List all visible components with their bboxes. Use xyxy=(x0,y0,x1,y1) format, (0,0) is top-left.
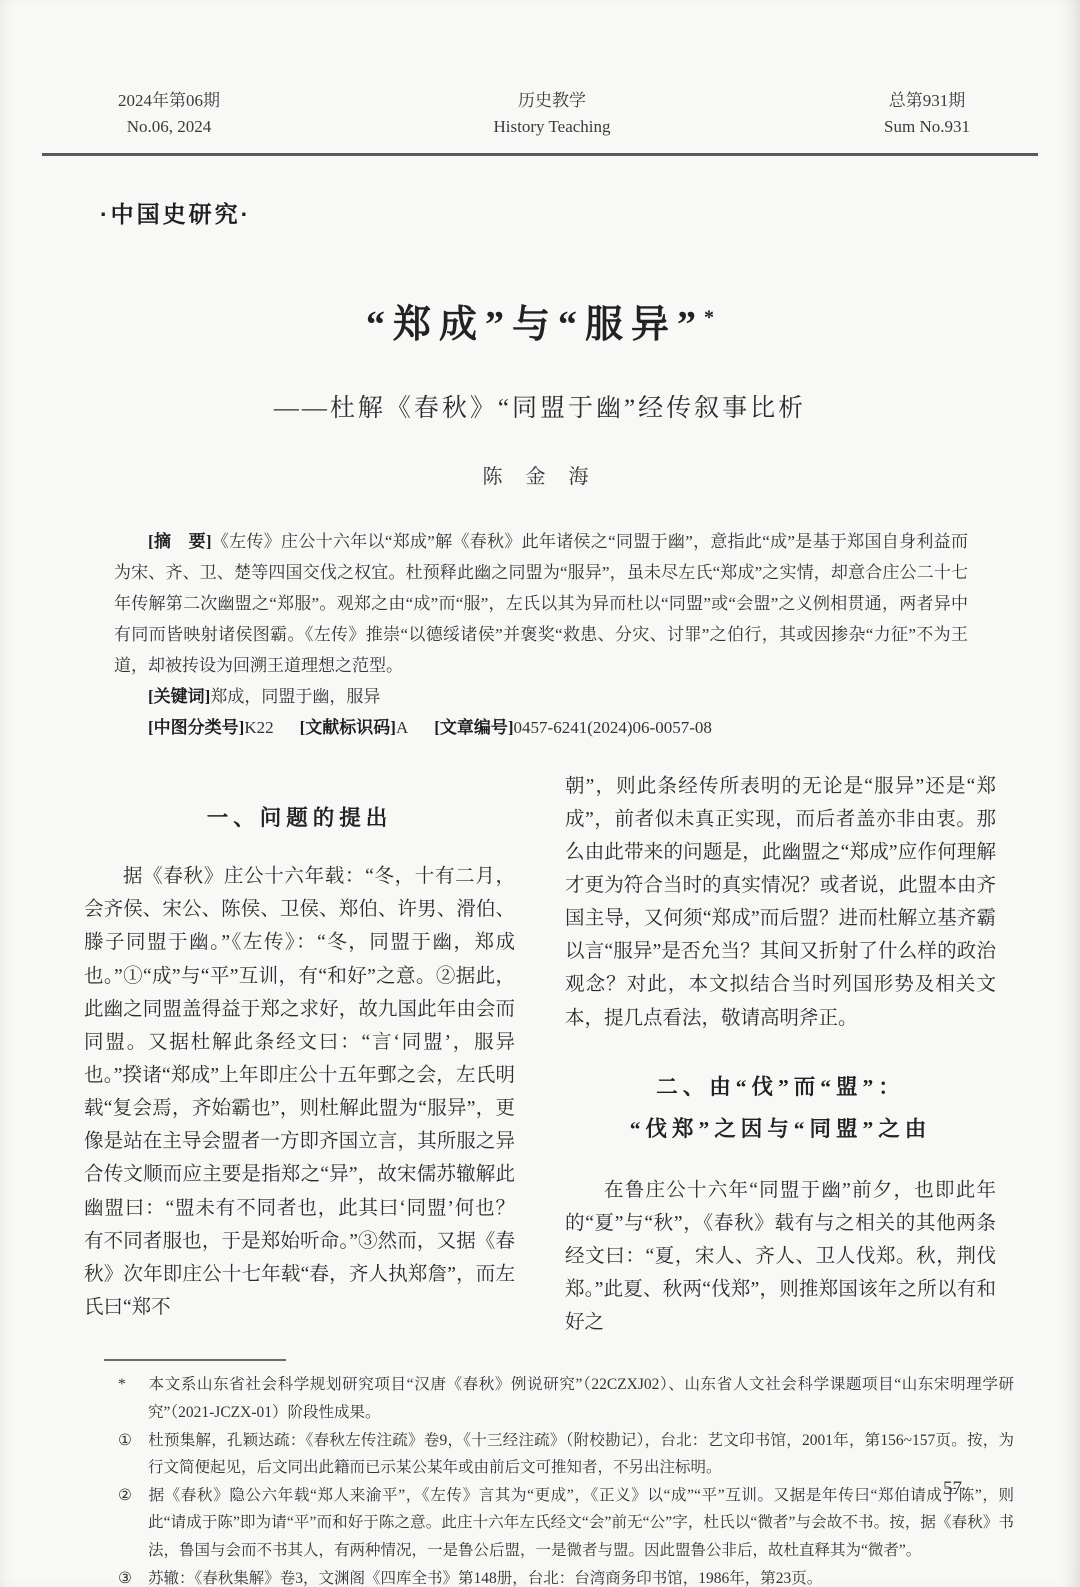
doc-code-value: A xyxy=(396,718,408,737)
article-meta-block: [摘 要]《左传》庄公十六年以“郑成”解《春秋》此年诸侯之“同盟于幽”，意指此“… xyxy=(114,527,968,744)
footnote-marker: * xyxy=(118,1371,148,1399)
header-journal-name: 历史教学 History Teaching xyxy=(494,88,611,139)
article-no-value: 0457-6241(2024)06-0057-08 xyxy=(514,718,712,737)
classification-paragraph: [中图分类号]K22[文献标识码]A[文章编号]0457-6241(2024)0… xyxy=(114,713,968,744)
footnote-3: ③苏辙：《春秋集解》卷3，文渊阁《四库全书》第148册，台北：台湾商务印书馆，1… xyxy=(118,1565,1014,1587)
abstract-text: 《左传》庄公十六年以“郑成”解《春秋》此年诸侯之“同盟于幽”，意指此“成”是基于… xyxy=(114,532,968,675)
header-divider xyxy=(42,153,1038,156)
clc-value: K22 xyxy=(244,718,273,737)
footnote-marker: ③ xyxy=(118,1565,148,1587)
article-subtitle: ——杜解《春秋》“同盟于幽”经传叙事比析 xyxy=(0,388,1080,424)
page-number: 57 xyxy=(943,1478,962,1500)
keywords-paragraph: [关键词]郑成，同盟于幽，服异 xyxy=(114,682,968,713)
keywords-text: 郑成，同盟于幽，服异 xyxy=(210,687,380,706)
issue-en: No.06, 2024 xyxy=(118,114,220,140)
section1-heading: 一、问题的提出 xyxy=(84,800,515,837)
footnote-text: 本文系山东省社会科学规划研究项目“汉唐《春秋》例说研究”（22CZXJ02）、山… xyxy=(148,1376,1014,1421)
footnote-text: 据《春秋》隐公六年载“郑人来渝平”，《左传》言其为“更成”，《正义》以“成”“平… xyxy=(148,1487,1014,1559)
footnote-asterisk: *本文系山东省社会科学规划研究项目“汉唐《春秋》例说研究”（22CZXJ02）、… xyxy=(118,1371,1014,1426)
total-issue-en: Sum No.931 xyxy=(884,114,970,140)
article-title-text: “郑成”与“服异” xyxy=(366,304,704,346)
issue-cn: 2024年第06期 xyxy=(118,88,220,114)
article-title: “郑成”与“服异”* xyxy=(0,293,1080,348)
column-section-label: ·中国史研究· xyxy=(100,196,1080,229)
body-columns: 一、问题的提出 据《春秋》庄公十六年载：“冬，十有二月，会齐侯、宋公、陈侯、卫侯… xyxy=(84,770,996,1340)
journal-page: 2024年第06期 No.06, 2024 历史教学 History Teach… xyxy=(0,0,1080,1587)
clc-label: [中图分类号] xyxy=(148,718,244,737)
left-column: 一、问题的提出 据《春秋》庄公十六年载：“冬，十有二月，会齐侯、宋公、陈侯、卫侯… xyxy=(84,770,515,1340)
footnote-divider xyxy=(104,1359,286,1361)
section1-paragraph: 据《春秋》庄公十六年载：“冬，十有二月，会齐侯、宋公、陈侯、卫侯、郑伯、许男、滑… xyxy=(84,860,515,1324)
footnote-text: 苏辙：《春秋集解》卷3，文渊阁《四库全书》第148册，台北：台湾商务印书馆，19… xyxy=(148,1570,822,1587)
header-total-issue: 总第931期 Sum No.931 xyxy=(884,88,970,139)
footnote-marker: ② xyxy=(118,1482,148,1510)
journal-name-cn: 历史教学 xyxy=(494,88,611,114)
keywords-label: [关键词] xyxy=(148,687,210,706)
abstract-label: [摘 要] xyxy=(148,532,212,551)
journal-header: 2024年第06期 No.06, 2024 历史教学 History Teach… xyxy=(0,0,1080,139)
doc-code-label: [文献标识码] xyxy=(300,718,396,737)
section2-paragraph: 在鲁庄公十六年“同盟于幽”前夕，也即此年的“夏”与“秋”，《春秋》载有与之相关的… xyxy=(565,1174,996,1340)
abstract-paragraph: [摘 要]《左传》庄公十六年以“郑成”解《春秋》此年诸侯之“同盟于幽”，意指此“… xyxy=(114,527,968,682)
header-issue: 2024年第06期 No.06, 2024 xyxy=(118,88,220,139)
article-author: 陈 金 海 xyxy=(0,460,1080,489)
total-issue-cn: 总第931期 xyxy=(884,88,970,114)
article-no-label: [文章编号] xyxy=(434,718,513,737)
footnote-2: ②据《春秋》隐公六年载“郑人来渝平”，《左传》言其为“更成”，《正义》以“成”“… xyxy=(118,1482,1014,1565)
right-column: 朝”，则此条经传所表明的无论是“服异”还是“郑成”，前者似未真正实现，而后者盖亦… xyxy=(565,770,996,1340)
footnote-1: ①杜预集解，孔颖达疏：《春秋左传注疏》卷9，《十三经注疏》（附校勘记），台北：艺… xyxy=(118,1427,1014,1482)
footnote-marker: ① xyxy=(118,1427,148,1455)
section2-heading-line2: “伐郑”之因与“同盟”之由 xyxy=(565,1111,996,1148)
footnotes-block: *本文系山东省社会科学规划研究项目“汉唐《春秋》例说研究”（22CZXJ02）、… xyxy=(118,1371,1014,1587)
section2-heading-line1: 二、由“伐”而“盟”： xyxy=(565,1069,996,1106)
footnote-text: 杜预集解，孔颖达疏：《春秋左传注疏》卷9，《十三经注疏》（附校勘记），台北：艺文… xyxy=(148,1432,1014,1477)
title-footnote-asterisk: * xyxy=(704,306,714,328)
section1-paragraph-continued: 朝”，则此条经传所表明的无论是“服异”还是“郑成”，前者似未真正实现，而后者盖亦… xyxy=(565,770,996,1035)
journal-name-en: History Teaching xyxy=(494,114,611,140)
